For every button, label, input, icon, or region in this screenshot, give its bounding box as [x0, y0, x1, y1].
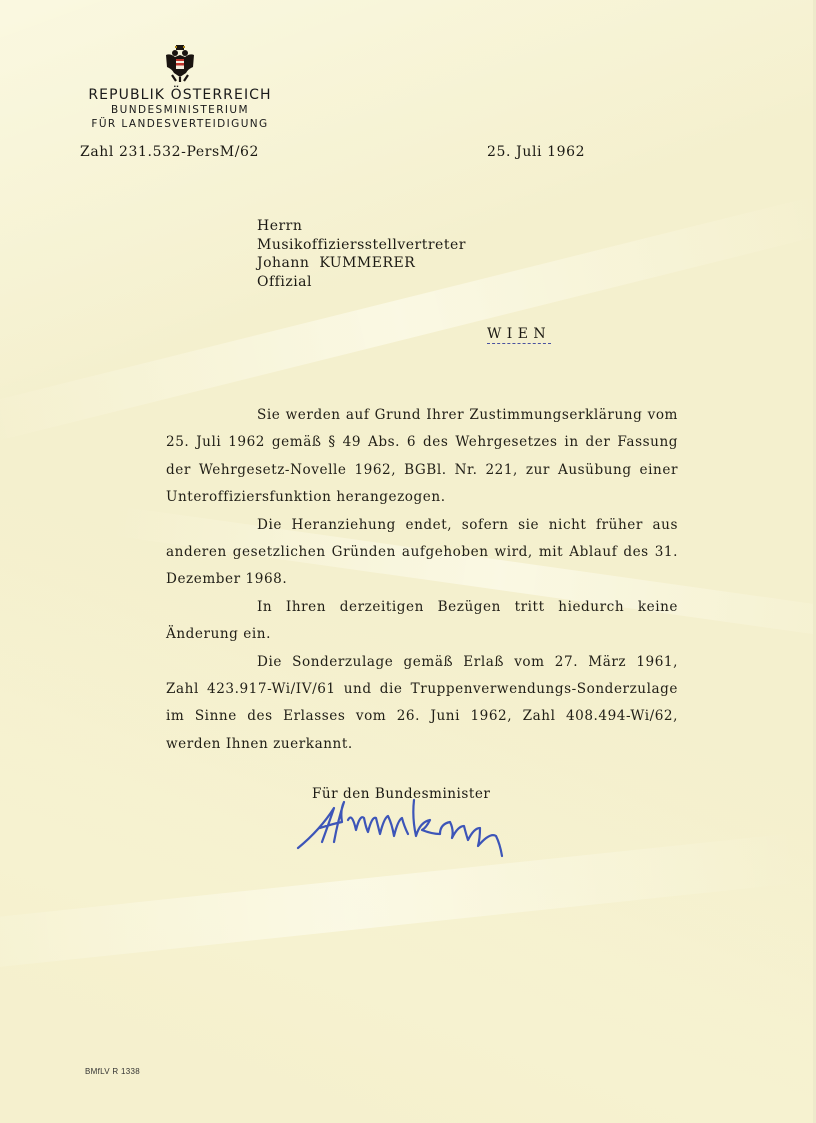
reference-number: Zahl 231.532-PersM/62	[80, 144, 259, 160]
letter-date: 25. Juli 1962	[487, 144, 585, 160]
ministry-name-line1: BUNDESMINISTERIUM	[80, 103, 280, 117]
ministry-name-line2: FÜR LANDESVERTEIDIGUNG	[80, 117, 280, 131]
letterhead: REPUBLIK ÖSTERREICH BUNDESMINISTERIUM FÜ…	[80, 45, 280, 131]
country-name: REPUBLIK ÖSTERREICH	[80, 87, 280, 103]
form-code: BMfLV R 1338	[85, 1067, 140, 1076]
handwritten-signature	[290, 790, 540, 870]
recipient-address: Herrn Musikoffiziersstellvertreter Johan…	[257, 217, 466, 291]
recipient-salutation: Herrn	[257, 217, 466, 236]
paragraph: Die Heranziehung endet, sofern sie nicht…	[166, 512, 678, 594]
recipient-rank: Musikoffiziersstellvertreter	[257, 236, 466, 255]
recipient-title: Offizial	[257, 273, 466, 292]
austrian-eagle-icon	[164, 45, 196, 83]
letter-body: Sie werden auf Grund Ihrer Zustimmungser…	[166, 402, 678, 758]
recipient-city: WIEN	[487, 326, 551, 344]
letter-page: REPUBLIK ÖSTERREICH BUNDESMINISTERIUM FÜ…	[0, 0, 816, 1123]
paragraph: Die Sonderzulage gemäß Erlaß vom 27. Mär…	[166, 649, 678, 759]
recipient-name: Johann KUMMERER	[257, 254, 466, 273]
paragraph: In Ihren derzeitigen Bezügen tritt hiedu…	[166, 594, 678, 649]
paragraph: Sie werden auf Grund Ihrer Zustimmungser…	[166, 402, 678, 512]
